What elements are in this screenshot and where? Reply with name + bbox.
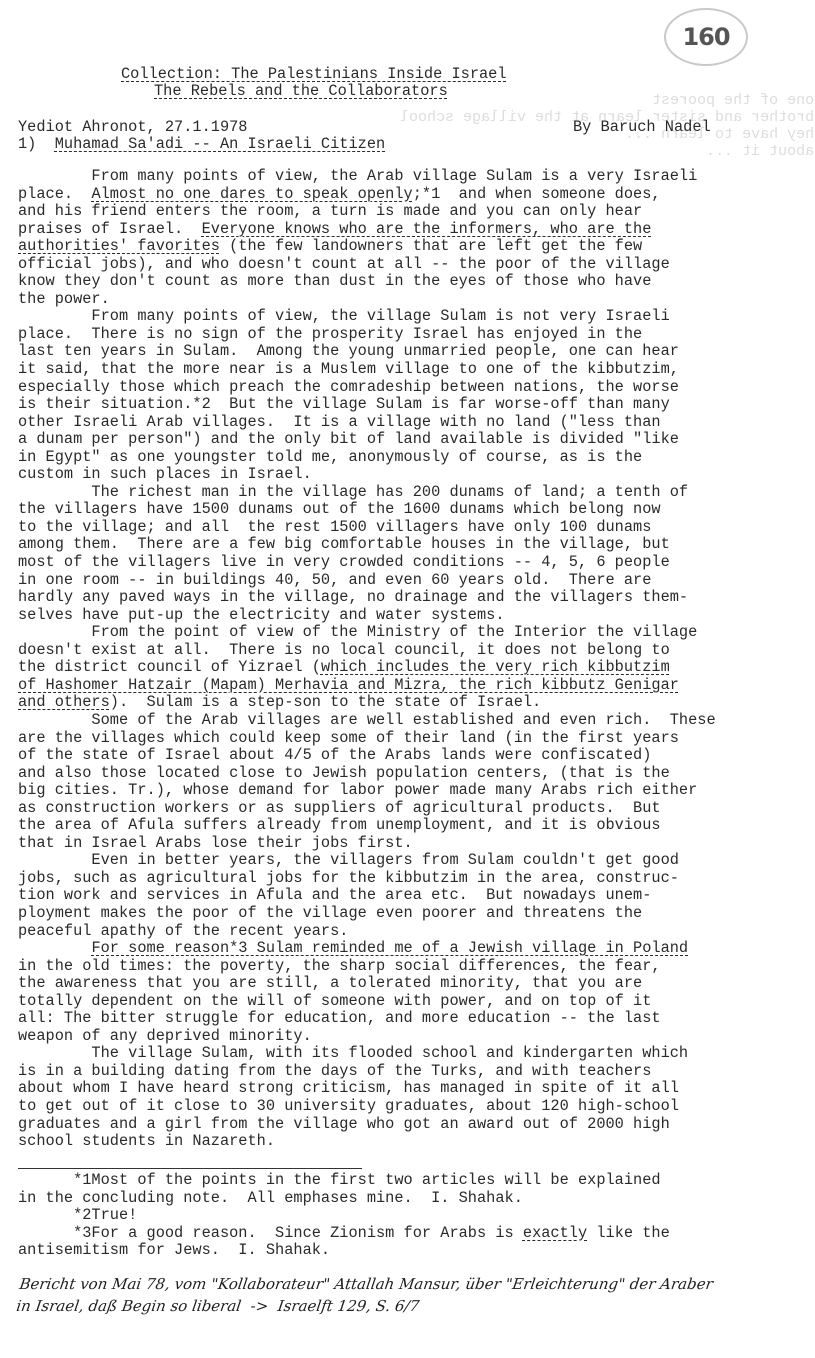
text-run: The richest man in the village has 200 d…	[18, 483, 688, 501]
text-run: like the	[587, 1224, 670, 1242]
body-line: is their situation.*2 But the village Su…	[18, 396, 815, 414]
text-run: in Egypt" as one youngster told me, anon…	[18, 448, 642, 466]
text-run: peaceful apathy of the recent years.	[18, 922, 348, 940]
body-line: other Israeli Arab villages. It is a vil…	[18, 414, 815, 432]
body-line: about whom I have heard strong criticism…	[18, 1080, 815, 1098]
emphasized-text: Almost no one dares to speak openly	[91, 185, 412, 203]
body-line: most of the villagers live in very crowd…	[18, 554, 815, 572]
body-line: and his friend enters the room, a turn i…	[18, 203, 815, 221]
body-line: it said, that the more near is a Muslem …	[18, 361, 815, 379]
text-run: The village Sulam, with its flooded scho…	[18, 1044, 688, 1062]
text-run: a dunam per person") and the only bit of…	[18, 430, 679, 448]
text-run: other Israeli Arab villages. It is a vil…	[18, 413, 661, 431]
body-line: and also those located close to Jewish p…	[18, 765, 815, 783]
body-line: peaceful apathy of the recent years.	[18, 923, 815, 941]
text-run: custom in such places in Israel.	[18, 465, 312, 483]
text-run: in the old times: the poverty, the sharp…	[18, 957, 661, 975]
text-run: in the concluding note. All emphases min…	[18, 1189, 523, 1207]
document-page: Abdul Kader Shaibi, 22, one of the poore…	[0, 0, 815, 1358]
body-line: Even in better years, the villagers from…	[18, 852, 815, 870]
text-run: the area of Afula suffers already from u…	[18, 816, 661, 834]
text-run: about whom I have heard strong criticism…	[18, 1079, 679, 1097]
body-line: jobs, such as agricultural jobs for the …	[18, 870, 815, 888]
text-run: hardly any paved ways in the village, no…	[18, 588, 688, 606]
body-line: ployment makes the poor of the village e…	[18, 905, 815, 923]
footnote-line: in the concluding note. All emphases min…	[18, 1190, 670, 1208]
text-run: official jobs), and who doesn't count at…	[18, 255, 670, 273]
body-line: to get out of it close to 30 university …	[18, 1098, 815, 1116]
body-line: official jobs), and who doesn't count at…	[18, 256, 815, 274]
text-run: that in Israel Arabs lose their jobs fir…	[18, 834, 413, 852]
body-line: selves have put-up the electricity and w…	[18, 607, 815, 625]
bleed-line: Abdul Kader Shaibi, 22, one of the poore…	[400, 92, 815, 109]
body-line: authorities' favorites (the few landowne…	[18, 238, 815, 256]
body-line: weapon of any deprived minority.	[18, 1028, 815, 1046]
text-run: and also those located close to Jewish p…	[18, 764, 670, 782]
text-run: last ten years in Sulam. Among the young…	[18, 342, 679, 360]
text-run: From many points of view, the Arab villa…	[18, 167, 697, 185]
footnotes: *1Most of the points in the first two ar…	[18, 1172, 670, 1260]
body-line: especially those which preach the comrad…	[18, 379, 815, 397]
body-line: Some of the Arab villages are well estab…	[18, 712, 815, 730]
bleed-line: "there is nothing to do about it ...	[400, 143, 815, 160]
text-run: to the village; and all the rest 1500 vi…	[18, 518, 651, 536]
text-run: praises of Israel.	[18, 220, 202, 238]
text-run: as construction workers or as suppliers …	[18, 799, 661, 817]
text-run: know they don't count as more than dust …	[18, 272, 651, 290]
footnote-line: antisemitism for Jews. I. Shahak.	[18, 1242, 670, 1260]
body-line: doesn't exist at all. There is no local …	[18, 642, 815, 660]
body-line: From many points of view, the Arab villa…	[18, 168, 815, 186]
text-run: *1Most of the points in the first two ar…	[18, 1171, 661, 1189]
body-line: place. There is no sign of the prosperit…	[18, 326, 815, 344]
body-line: big cities. Tr.), whose demand for labor…	[18, 782, 815, 800]
text-run: antisemitism for Jews. I. Shahak.	[18, 1241, 330, 1259]
body-line: The village Sulam, with its flooded scho…	[18, 1045, 815, 1063]
footnote-line: *3For a good reason. Since Zionism for A…	[18, 1225, 670, 1243]
body-line: that in Israel Arabs lose their jobs fir…	[18, 835, 815, 853]
emphasized-text: Everyone knows who are the informers, wh…	[202, 220, 652, 238]
body-line: know they don't count as more than dust …	[18, 273, 815, 291]
body-line: For some reason*3 Sulam reminded me of a…	[18, 940, 815, 958]
text-run: *2True!	[18, 1206, 137, 1224]
body-line: praises of Israel. Everyone knows who ar…	[18, 221, 815, 239]
body-line: place. Almost no one dares to speak open…	[18, 186, 815, 204]
text-run: to get out of it close to 30 university …	[18, 1097, 679, 1115]
body-line: in Egypt" as one youngster told me, anon…	[18, 449, 815, 467]
text-run: place. There is no sign of the prosperit…	[18, 325, 642, 343]
handwritten-line: Bericht von Mai 78, vom "Kollaborateur" …	[18, 1273, 714, 1295]
article-body: From many points of view, the Arab villa…	[18, 168, 815, 1151]
text-run: the district council of Yizrael (	[18, 658, 321, 676]
text-run: the awareness that you are still, a tole…	[18, 974, 642, 992]
text-run: totally dependent on the will of someone…	[18, 992, 651, 1010]
footnote-line: *1Most of the points in the first two ar…	[18, 1172, 670, 1190]
body-line: among them. There are a few big comforta…	[18, 536, 815, 554]
body-line: the area of Afula suffers already from u…	[18, 817, 815, 835]
text-run: ployment makes the poor of the village e…	[18, 904, 642, 922]
text-run: jobs, such as agricultural jobs for the …	[18, 869, 679, 887]
body-line: to the village; and all the rest 1500 vi…	[18, 519, 815, 537]
body-line: graduates and a girl from the village wh…	[18, 1116, 815, 1134]
text-run: is their situation.*2 But the village Su…	[18, 395, 670, 413]
body-line: and others). Sulam is a step-son to the …	[18, 694, 815, 712]
section-title: Muhamad Sa'adi -- An Israeli Citizen	[55, 135, 385, 153]
text-run: most of the villagers live in very crowd…	[18, 553, 670, 571]
body-line: as construction workers or as suppliers …	[18, 800, 815, 818]
text-run: it said, that the more near is a Muslem …	[18, 360, 679, 378]
text-run: *3For a good reason. Since Zionism for A…	[18, 1224, 523, 1242]
text-run: ;*1 and when someone does,	[413, 185, 661, 203]
body-line: in the old times: the poverty, the sharp…	[18, 958, 815, 976]
text-run: Even in better years, the villagers from…	[18, 851, 679, 869]
text-run: of the state of Israel about 4/5 of the …	[18, 746, 651, 764]
body-line: of Hashomer Hatzair (Mapam) Merhavia and…	[18, 677, 815, 695]
series-title: The Rebels and the Collaborators	[154, 83, 448, 100]
text-run: Some of the Arab villages are well estab…	[18, 711, 716, 729]
text-run: especially those which preach the comrad…	[18, 378, 679, 396]
emphasized-text: authorities' favorites	[18, 237, 220, 255]
emphasized-text: exactly	[523, 1224, 587, 1242]
text-run	[18, 939, 91, 957]
text-run: (the few landowners that are left get th…	[220, 237, 642, 255]
body-line: is in a building dating from the days of…	[18, 1063, 815, 1081]
body-line: From many points of view, the village Su…	[18, 308, 815, 326]
collection-title: Collection: The Palestinians Inside Isra…	[121, 66, 507, 83]
body-line: totally dependent on the will of someone…	[18, 993, 815, 1011]
body-line: are the villages which could keep some o…	[18, 730, 815, 748]
page-number-stamp: 160	[664, 8, 748, 66]
emphasized-text: For some reason*3 Sulam reminded me of a…	[91, 939, 688, 957]
text-run: is in a building dating from the days of…	[18, 1062, 651, 1080]
text-run: place.	[18, 185, 91, 203]
text-run: doesn't exist at all. There is no local …	[18, 641, 670, 659]
text-run: big cities. Tr.), whose demand for labor…	[18, 781, 697, 799]
text-run: weapon of any deprived minority.	[18, 1027, 312, 1045]
body-line: hardly any paved ways in the village, no…	[18, 589, 815, 607]
footnote-separator	[18, 1168, 362, 1169]
text-run: all: The bitter struggle for education, …	[18, 1009, 661, 1027]
body-line: the awareness that you are still, a tole…	[18, 975, 815, 993]
text-run: the villagers have 1500 dunams out of th…	[18, 500, 661, 518]
text-run: selves have put-up the electricity and w…	[18, 606, 505, 624]
body-line: The richest man in the village has 200 d…	[18, 484, 815, 502]
handwritten-annotation: Bericht von Mai 78, vom "Kollaborateur" …	[15, 1273, 714, 1317]
body-line: From the point of view of the Ministry o…	[18, 624, 815, 642]
body-line: last ten years in Sulam. Among the young…	[18, 343, 815, 361]
body-line: the district council of Yizrael (which i…	[18, 659, 815, 677]
section-number: 1)	[18, 135, 36, 153]
body-line: of the state of Israel about 4/5 of the …	[18, 747, 815, 765]
emphasized-text: and others	[18, 693, 110, 711]
text-run: among them. There are a few big comforta…	[18, 535, 670, 553]
emphasized-text: of Hashomer Hatzair (Mapam) Merhavia and…	[18, 676, 679, 694]
text-run: school students in Nazareth.	[18, 1132, 275, 1150]
text-run: ). Sulam is a step-son to the state of I…	[110, 693, 541, 711]
text-run: in one room -- in buildings 40, 50, and …	[18, 571, 651, 589]
text-run: From the point of view of the Ministry o…	[18, 623, 697, 641]
text-run: the power.	[18, 290, 110, 308]
body-line: tion work and services in Afula and the …	[18, 887, 815, 905]
body-line: in one room -- in buildings 40, 50, and …	[18, 572, 815, 590]
footnote-line: *2True!	[18, 1207, 670, 1225]
text-run: tion work and services in Afula and the …	[18, 886, 651, 904]
body-line: school students in Nazareth.	[18, 1133, 815, 1151]
body-line: a dunam per person") and the only bit of…	[18, 431, 815, 449]
section-heading: 1) Muhamad Sa'adi -- An Israeli Citizen	[18, 136, 385, 153]
text-run: From many points of view, the village Su…	[18, 307, 670, 325]
body-line: the villagers have 1500 dunams out of th…	[18, 501, 815, 519]
body-line: the power.	[18, 291, 815, 309]
text-run: graduates and a girl from the village wh…	[18, 1115, 670, 1133]
article-source: Yediot Ahronot, 27.1.1978	[18, 119, 248, 136]
body-line: custom in such places in Israel.	[18, 466, 815, 484]
handwritten-line: in Israel, daß Begin so liberal -> Israe…	[15, 1295, 711, 1317]
text-run: and his friend enters the room, a turn i…	[18, 202, 642, 220]
emphasized-text: which includes the very rich kibbutzim	[321, 658, 670, 676]
text-run: are the villages which could keep some o…	[18, 729, 679, 747]
article-byline: By Baruch Nadel	[573, 119, 711, 136]
body-line: all: The bitter struggle for education, …	[18, 1010, 815, 1028]
